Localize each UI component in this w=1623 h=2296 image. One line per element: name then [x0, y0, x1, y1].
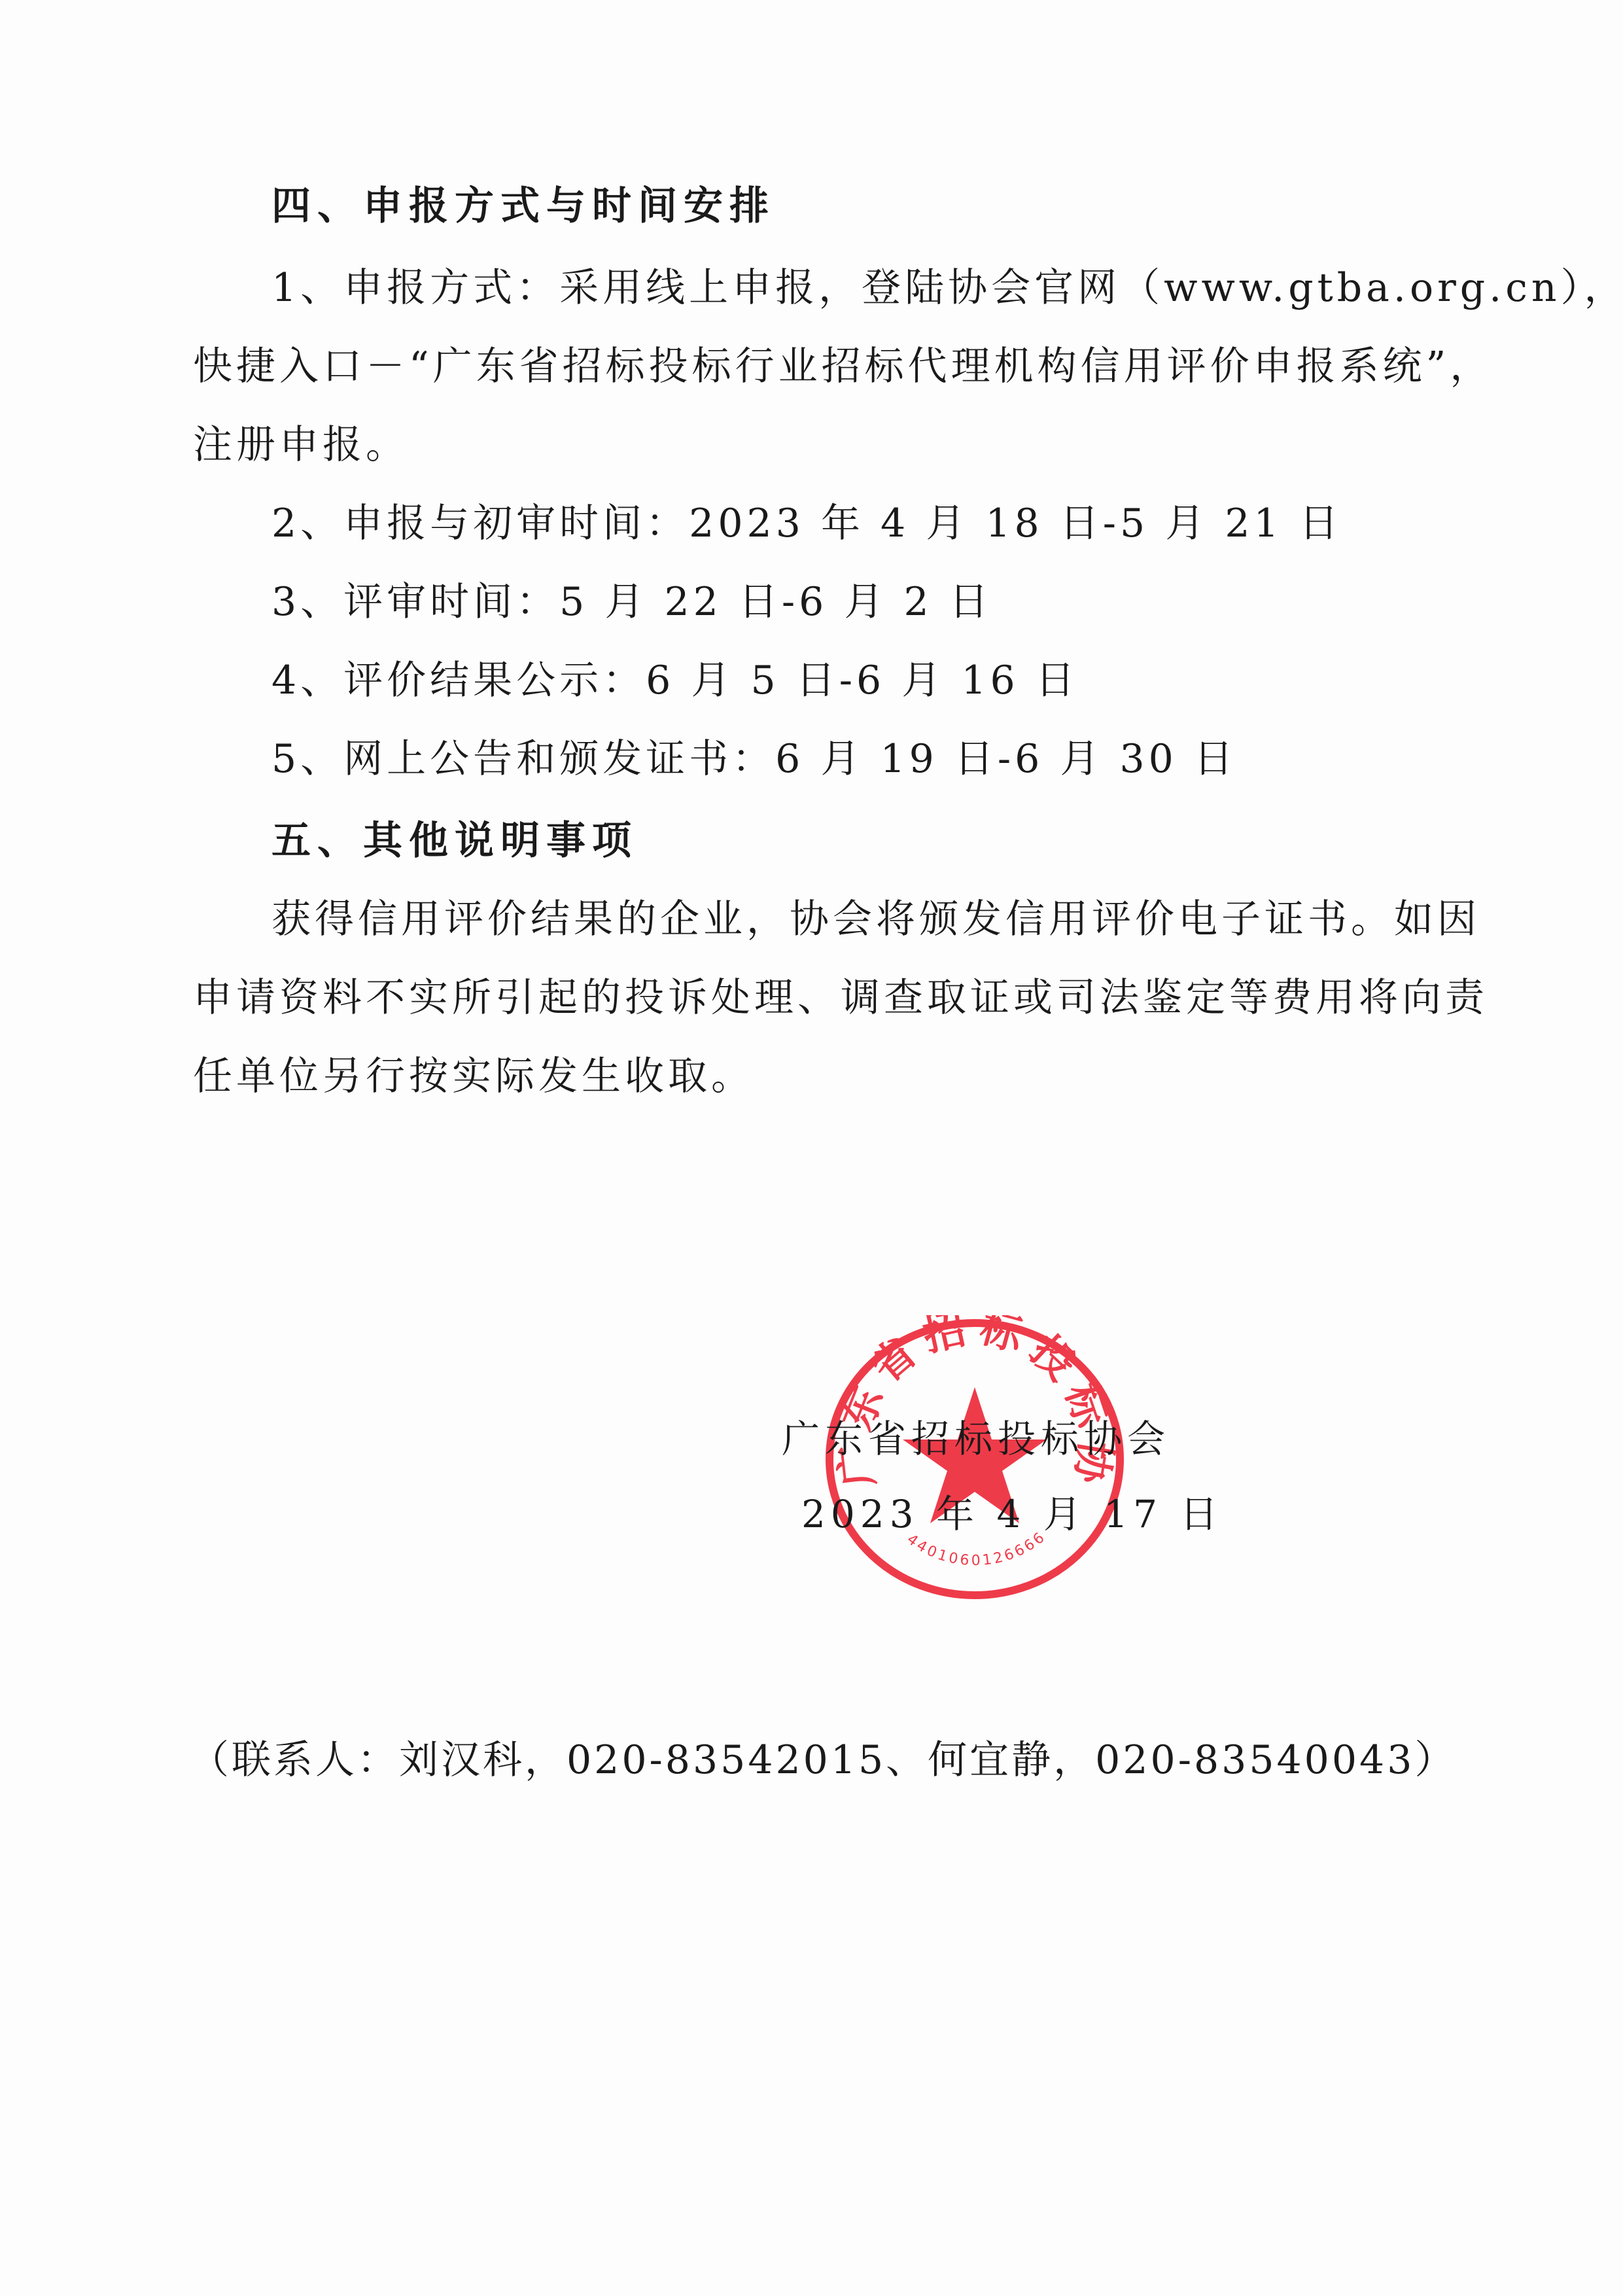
- section-5-para-line-2: 申请资料不实所引起的投诉处理、调查取证或司法鉴定等费用将向责: [193, 978, 1488, 1017]
- item-4: 4、评价结果公示：6 月 5 日-6 月 16 日: [271, 661, 1079, 700]
- item-1-line-1: 1、申报方式：采用线上申报，登陆协会官网（www.gtba.org.cn），: [271, 268, 1623, 308]
- document-page: 四、申报方式与时间安排 1、申报方式：采用线上申报，登陆协会官网（www.gtb…: [0, 0, 1623, 2296]
- item-5: 5、网上公告和颁发证书：6 月 19 日-6 月 30 日: [271, 739, 1237, 779]
- section-5-para-line-1: 获得信用评价结果的企业，协会将颁发信用评价电子证书。如因: [271, 900, 1480, 939]
- item-1-line-3: 注册申报。: [193, 425, 409, 465]
- section-5-para-line-3: 任单位另行按实际发生收取。: [193, 1057, 754, 1096]
- signature-date: 2023 年 4 月 17 日: [801, 1495, 1223, 1533]
- signature-org: 广东省招标投标协会: [782, 1420, 1170, 1458]
- section-5-heading: 五、其他说明事项: [271, 821, 638, 860]
- contact-info: （联系人：刘汉科，020-83542015、何宜静，020-83540043）: [190, 1740, 1456, 1780]
- item-1-line-2: 快捷入口－“广东省招标投标行业招标代理机构信用评价申报系统”，: [193, 347, 1493, 386]
- item-3: 3、评审时间：5 月 22 日-6 月 2 日: [271, 582, 992, 622]
- item-2: 2、申报与初审时间：2023 年 4 月 18 日-5 月 21 日: [271, 504, 1342, 543]
- section-4-heading: 四、申报方式与时间安排: [271, 186, 775, 226]
